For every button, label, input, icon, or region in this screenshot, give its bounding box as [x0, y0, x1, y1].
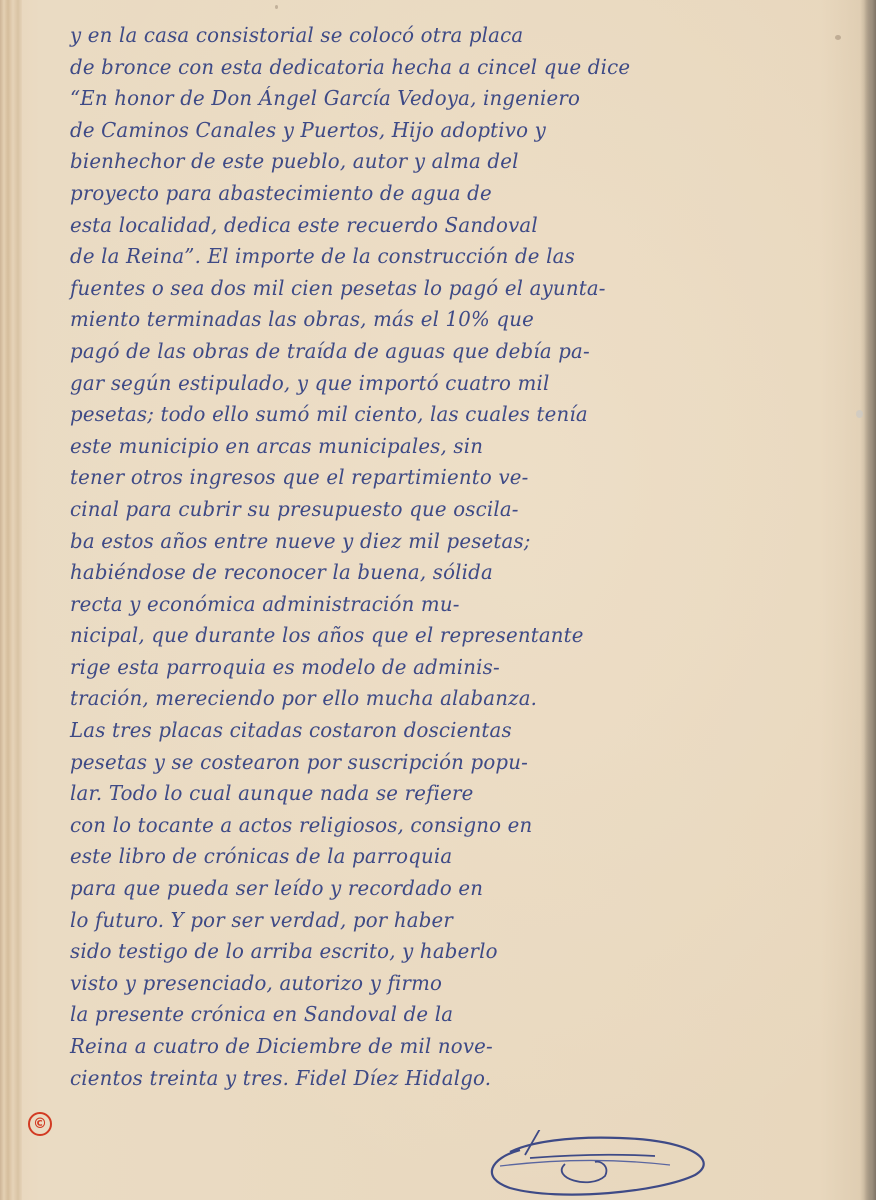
- text-line: y en la casa consistorial se colocó otra…: [70, 20, 830, 52]
- text-line: con lo tocante a actos religiosos, consi…: [70, 810, 830, 842]
- paper-spot: [275, 5, 278, 9]
- text-line: pesetas; todo ello sumó mil ciento, las …: [70, 399, 830, 431]
- text-line: pesetas y se costearon por suscripción p…: [70, 747, 830, 779]
- handwritten-text: y en la casa consistorial se colocó otra…: [70, 20, 860, 1094]
- text-line: recta y económica administración mu-: [70, 589, 830, 621]
- text-line: la presente crónica en Sandoval de la: [70, 999, 830, 1031]
- text-line: tración, mereciendo por ello mucha alaba…: [70, 683, 830, 715]
- text-line: de Caminos Canales y Puertos, Hijo adopt…: [70, 115, 830, 147]
- text-line-signature: cientos treinta y tres. Fidel Díez Hidal…: [70, 1063, 830, 1095]
- text-line: esta localidad, dedica este recuerdo San…: [70, 210, 830, 242]
- text-line: lo futuro. Y por ser verdad, por haber: [70, 905, 830, 937]
- text-line: pagó de las obras de traída de aguas que…: [70, 336, 830, 368]
- text-line: proyecto para abastecimiento de agua de: [70, 178, 830, 210]
- text-line: rige esta parroquia es modelo de adminis…: [70, 652, 830, 684]
- text-line: Reina a cuatro de Diciembre de mil nove-: [70, 1031, 830, 1063]
- copyright-stamp-icon: ©: [28, 1112, 52, 1136]
- text-line: lar. Todo lo cual aunque nada se refiere: [70, 778, 830, 810]
- document-page: y en la casa consistorial se colocó otra…: [0, 0, 876, 1200]
- book-binding-edge: [0, 0, 22, 1200]
- text-line: fuentes o sea dos mil cien pesetas lo pa…: [70, 273, 830, 305]
- text-line: sido testigo de lo arriba escrito, y hab…: [70, 936, 830, 968]
- text-line: visto y presenciado, autorizo y firmo: [70, 968, 830, 1000]
- signature-rubric-icon: [470, 1130, 710, 1200]
- text-line: bienhechor de este pueblo, autor y alma …: [70, 146, 830, 178]
- text-line: ba estos años entre nueve y diez mil pes…: [70, 526, 830, 558]
- text-line: habiéndose de reconocer la buena, sólida: [70, 557, 830, 589]
- text-line: cinal para cubrir su presupuesto que osc…: [70, 494, 830, 526]
- text-line: este libro de crónicas de la parroquia: [70, 841, 830, 873]
- text-line: nicipal, que durante los años que el rep…: [70, 620, 830, 652]
- text-line: de bronce con esta dedicatoria hecha a c…: [70, 52, 830, 84]
- text-line: tener otros ingresos que el repartimient…: [70, 462, 830, 494]
- text-line: este municipio en arcas municipales, sin: [70, 431, 830, 463]
- text-line: para que pueda ser leído y recordado en: [70, 873, 830, 905]
- text-line: Las tres placas citadas costaron doscien…: [70, 715, 830, 747]
- text-line: de la Reina”. El importe de la construcc…: [70, 241, 830, 273]
- text-line: miento terminadas las obras, más el 10% …: [70, 304, 830, 336]
- text-line: “En honor de Don Ángel García Vedoya, in…: [70, 83, 830, 115]
- page-shadow-edge: [864, 0, 876, 1200]
- text-line: gar según estipulado, y que importó cuat…: [70, 368, 830, 400]
